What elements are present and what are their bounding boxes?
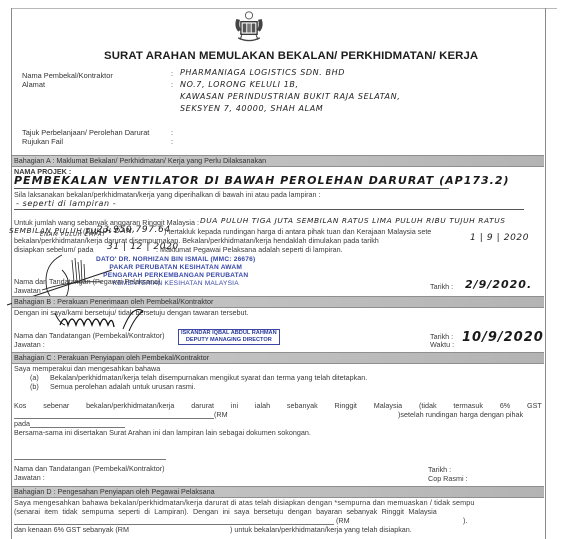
cost-statement: Kos sebenar bekalan/perkhidmatan/kerja d… [14, 401, 542, 410]
section-c-header: Bahagian C : Perakuan Penyiapan oleh Pem… [12, 352, 544, 364]
word: sebenar [43, 401, 69, 410]
payment-rm-close: ). [463, 516, 467, 525]
pada-label: pada [14, 419, 30, 428]
amount-rm-value: 23,950,797.64 [97, 225, 171, 235]
section-a-header: Bahagian A : Maklumat Bekalan/ Perkhidma… [12, 155, 544, 167]
section-d-heading: Bahagian D : Pengesahan Penyiapan oleh P… [14, 487, 215, 496]
colon: : [171, 69, 173, 78]
word: Ringgit [335, 401, 357, 410]
item-b-marker: (b) [30, 382, 39, 391]
supplier-name-label: Nama Pembekal/Kontraktor [22, 71, 113, 80]
start-date-value: 1 | 9 | 2020 [470, 233, 529, 243]
word: sebanyak [287, 401, 318, 410]
colon: : [171, 137, 173, 146]
officer-date-value: 2/9/2020. [465, 278, 532, 291]
item-b-text: Semua perolehan adalah untuk urusan rasm… [50, 382, 195, 391]
amount-words-line-1: DUA PULUH TIGA JUTA SEMBILAN RATUS LIMA … [200, 216, 506, 225]
item-a-text: Bekalan/perkhidmatan/kerja telah disempu… [50, 373, 367, 382]
officer-info-text: . Maklumat Pegawai Pelaksana adalah sepe… [156, 245, 343, 254]
supplier-sign-label-c: Nama dan Tandatangan (Pembekal/Kontrakto… [14, 464, 165, 473]
stamp-line: DEPUTY MANAGING DIRECTOR [181, 337, 277, 344]
start-date-text: bekalan/perkhidmatan/kerja darurat disem… [14, 236, 379, 245]
cost-rm-label: (RM [214, 410, 228, 419]
supplier-stamp: ISKANDAR IQBAL ABDUL RAHMAN DEPUTY MANAG… [178, 329, 280, 345]
colon: : [171, 80, 173, 89]
word: GST [527, 401, 542, 410]
section-c-heading: Bahagian C : Perakuan Penyiapan oleh Pem… [14, 353, 209, 362]
stamp-line: ISKANDAR IQBAL ABDUL RAHMAN [181, 330, 277, 337]
supplier-position-label-c: Jawatan : [14, 473, 45, 482]
gst-after-text: ) untuk bekalan/perkhidmatan/kerja yang … [230, 525, 412, 534]
instruction-text: Sila laksanakan bekalan/perkhidmatan/ker… [14, 190, 320, 199]
expense-title-label: Tajuk Perbelanjaan/ Perolehan Darurat [22, 128, 149, 137]
officer-position-label: Jawatan : [14, 286, 45, 295]
instruction-underline [14, 209, 524, 210]
file-ref-label: Rujukan Fail [22, 137, 63, 146]
instruction-value: - seperti di lampiran - [16, 199, 116, 208]
cost-after-text: )setelah rundingan harga dengan pihak [398, 410, 523, 419]
officer-date-label: Tarikh : [430, 282, 453, 291]
completion-line-2: (senarai item tidak sempurna seperti di … [14, 507, 437, 516]
completion-line-1: Saya mengesahkan bahawa bekalan/perkhidm… [14, 498, 475, 507]
word: 6% [500, 401, 510, 410]
official-stamp-label: Cop Rasmi : [428, 474, 468, 483]
officer-sign-label: Nama dan Tandatangan (Pegawai Pelaksana) [14, 277, 161, 286]
project-underline [14, 188, 449, 189]
gst-label: dan kenaan 6% GST sebanyak (RM [14, 525, 129, 534]
certify-intro: Saya memperakui dan mengesahkan bahawa [14, 364, 160, 373]
amount-suffix: ) tertakluk kepada rundingan harga di an… [164, 227, 431, 236]
malaysia-coat-of-arms-icon [231, 10, 267, 46]
project-name-value: PEMBEKALAN VENTILATOR DI BAWAH PEROLEHAN… [14, 174, 510, 187]
section-d-header: Bahagian D : Pengesahan Penyiapan oleh P… [12, 486, 544, 498]
address-label: Alamat [22, 80, 45, 89]
document-title: SURAT ARAHAN MEMULAKAN BEKALAN/ PERKHIDM… [104, 50, 478, 62]
stamp-line: DATO' DR. NORHIZAN BIN ISMAIL (MMC: 2667… [96, 256, 255, 264]
section-a-heading: Bahagian A : Maklumat Bekalan/ Perkhidma… [14, 156, 266, 165]
word: ini [231, 401, 238, 410]
attachment-statement: Bersama-sama ini disertakan Surat Arahan… [14, 428, 311, 437]
stamp-line: PAKAR PERUBATAN KESIHATAN AWAM [96, 264, 255, 272]
supplier-date-value: 10/9/2020 [462, 330, 544, 345]
item-a-marker: (a) [30, 373, 39, 382]
word: (tidak [419, 401, 437, 410]
supplier-time-label: Waktu : [430, 340, 454, 349]
payment-rm-open: (RM [336, 516, 350, 525]
signature-line [14, 459, 166, 460]
cost-words-blank[interactable] [14, 418, 214, 419]
address-line-3: SEKSYEN 7, 40000, SHAH ALAM [180, 104, 323, 113]
supplier-sign-label: Nama dan Tandatangan (Pembekal/Kontrakto… [14, 331, 165, 340]
colon: : [171, 128, 173, 137]
word: termasuk [453, 401, 483, 410]
word: Malaysia [374, 401, 402, 410]
word: ialah [255, 401, 270, 410]
word: bekalan/perkhidmatan/kerja [86, 401, 174, 410]
supplier-name-value: PHARMANIAGA LOGISTICS SDN. BHD [180, 68, 345, 77]
word: Kos [14, 401, 26, 410]
supplier-date-label-c: Tarikh : [428, 465, 451, 474]
supplier-position-label: Jawatan : [14, 340, 45, 349]
word: darurat [191, 401, 214, 410]
address-line-1: NO.7, LORONG KELULI 1B, [180, 80, 299, 89]
amount-rm-prefix: (RM [83, 227, 97, 236]
address-line-2: KAWASAN PERINDUSTRIAN BUKIT RAJA SELATAN… [180, 92, 400, 101]
